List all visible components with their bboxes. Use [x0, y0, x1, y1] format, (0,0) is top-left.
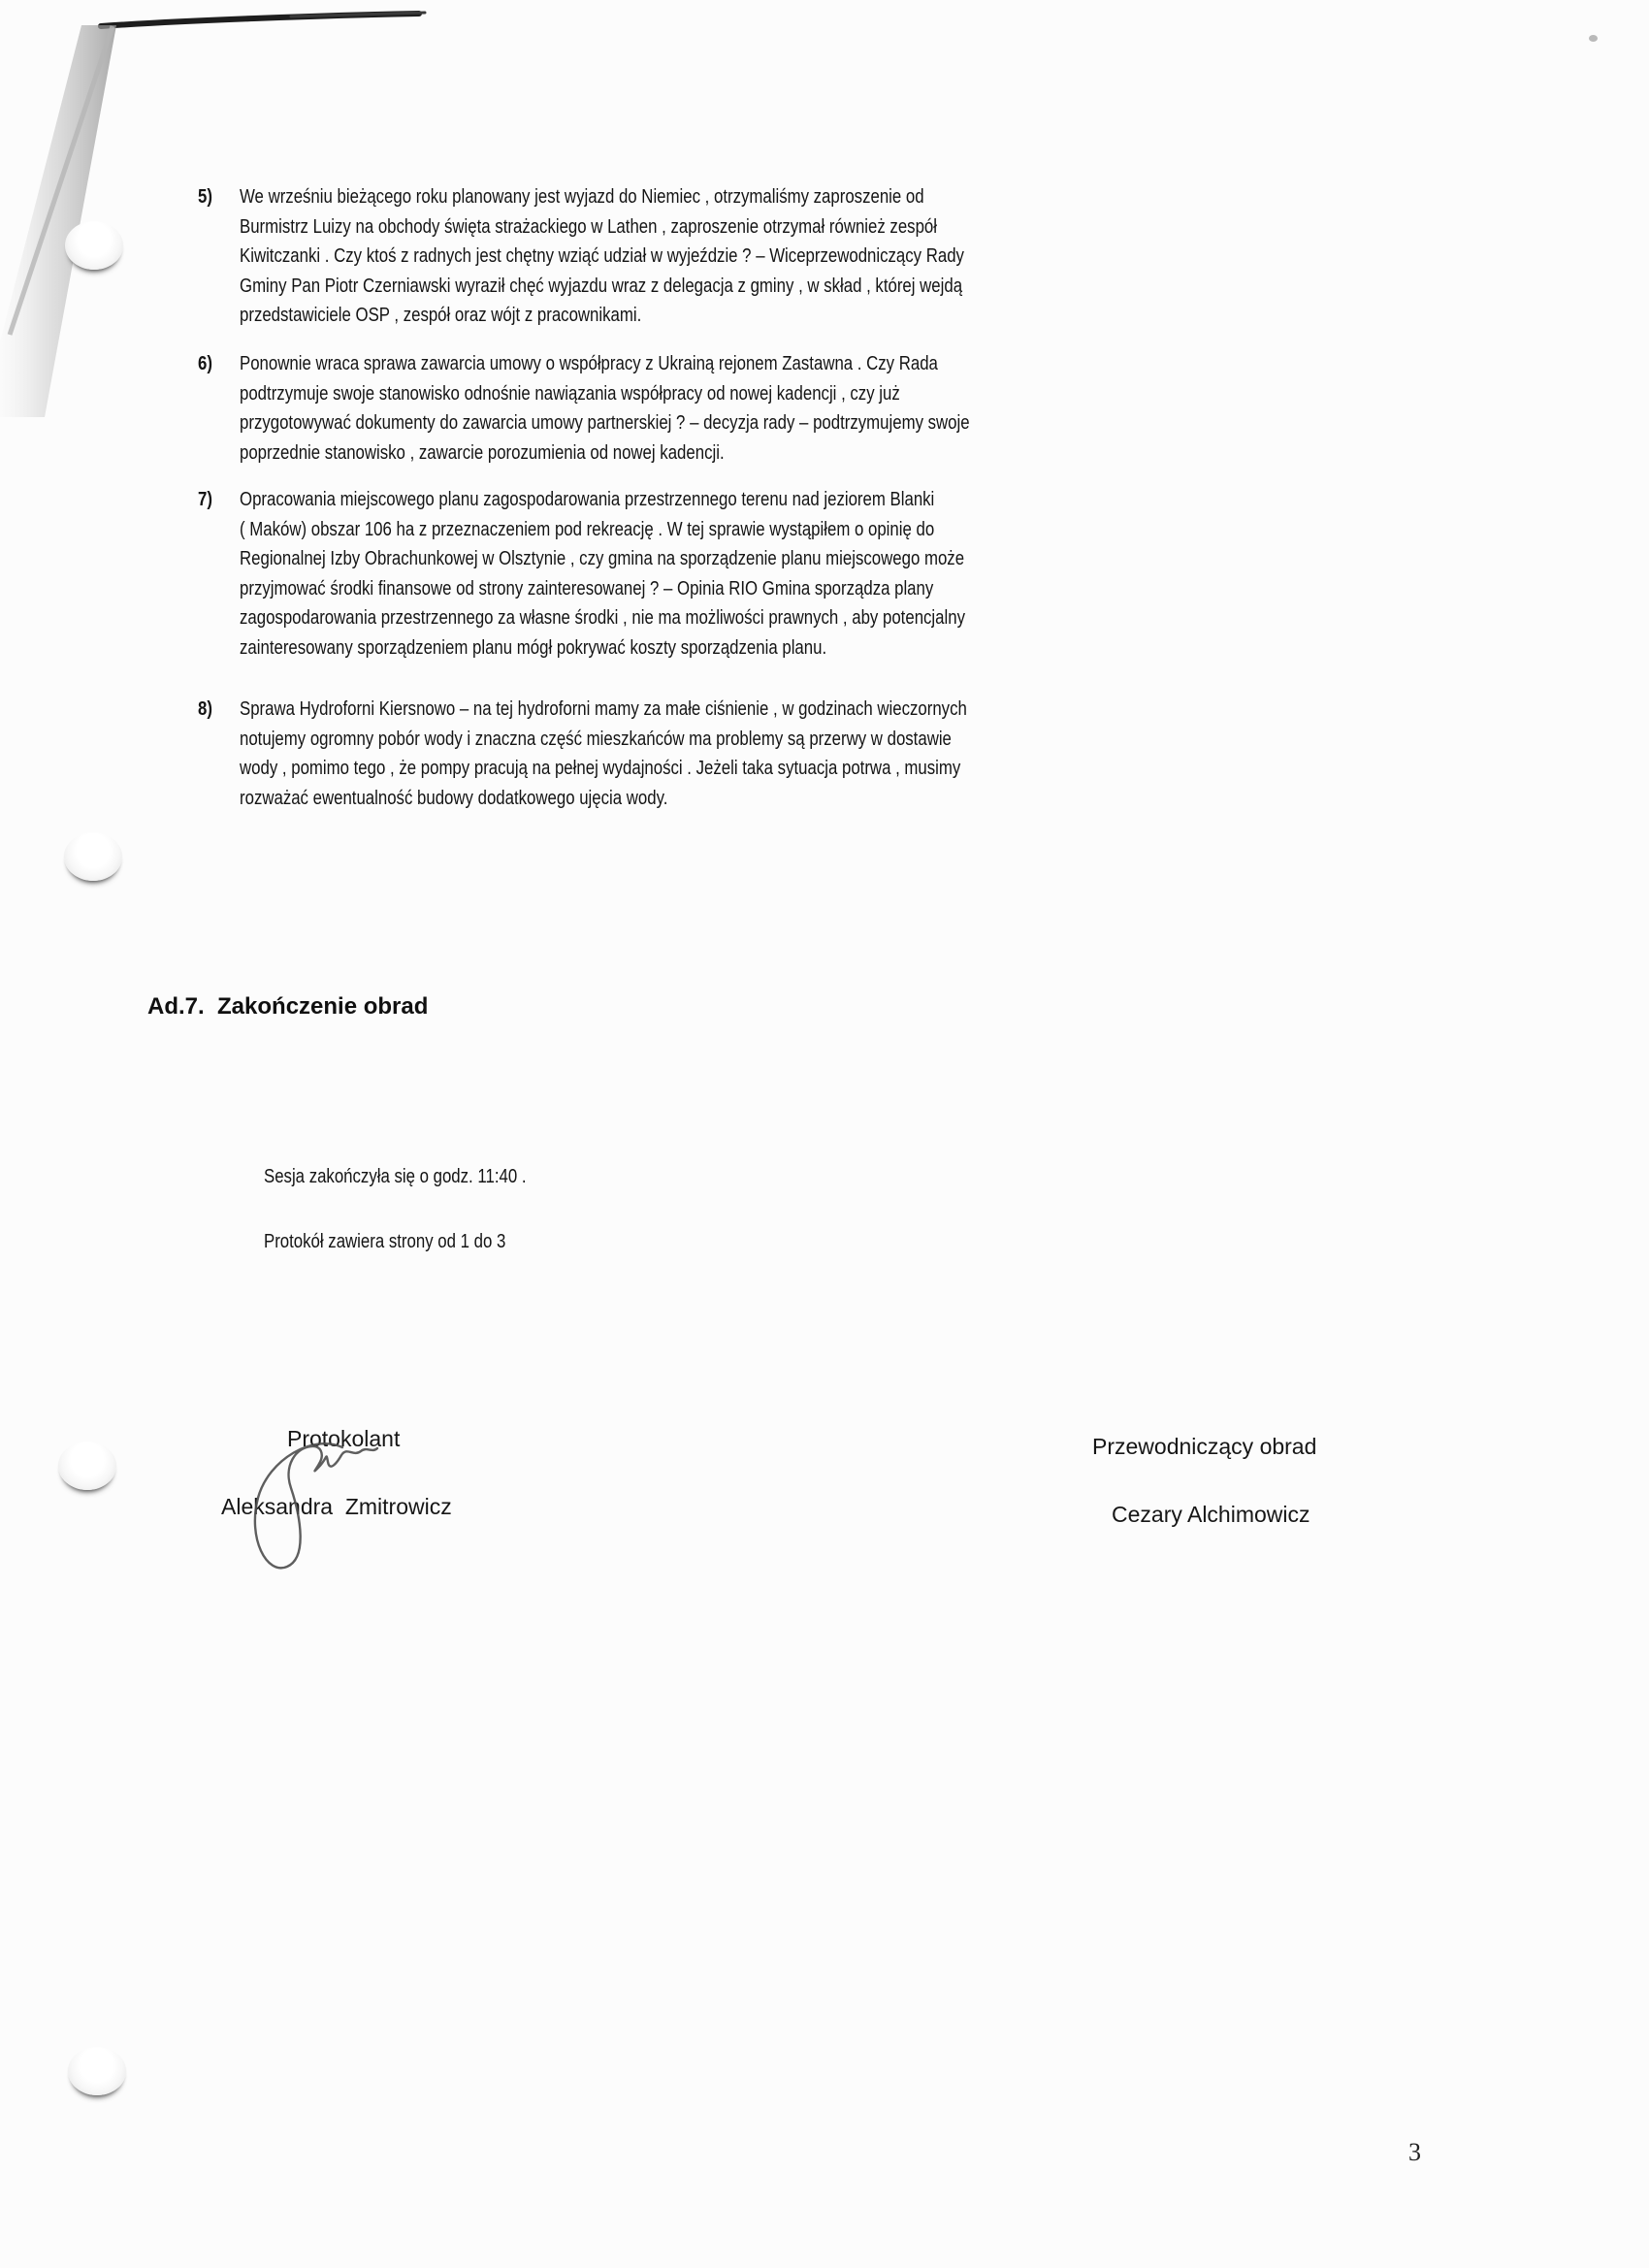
list-item-text: Sprawa Hydroforni Kiersnowo – na tej hyd… [240, 695, 967, 813]
list-item-text: Ponownie wraca sprawa zawarcia umowy o w… [240, 349, 970, 468]
list-item-number: 8) [198, 695, 212, 725]
scanned-document-page: 5) We wrześniu bieżącego roku planowany … [0, 0, 1649, 2268]
list-item-number: 5) [198, 182, 212, 212]
chairman-role-label: Przewodniczący obrad [1092, 1434, 1316, 1460]
list-item-number: 6) [198, 349, 212, 379]
scan-speck [1589, 35, 1598, 42]
binder-hole-shadow [68, 2047, 126, 2095]
binder-hole-shadow [64, 832, 122, 881]
binder-hole-shadow [58, 1442, 116, 1490]
list-item-text: Opracowania miejscowego planu zagospodar… [240, 485, 965, 663]
session-end-line: Sesja zakończyła się o godz. 11:40 . [264, 1162, 527, 1192]
pages-note-line: Protokół zawiera strony od 1 do 3 [264, 1227, 505, 1257]
list-item-number: 7) [198, 485, 212, 515]
list-item-text: We wrześniu bieżącego roku planowany jes… [240, 182, 964, 331]
chairman-name: Cezary Alchimowicz [1112, 1502, 1310, 1528]
section-heading: Ad.7. Zakończenie obrad [147, 993, 428, 1021]
signature-scribble [218, 1418, 441, 1588]
page-number: 3 [1408, 2138, 1421, 2167]
binder-hole-shadow [65, 221, 123, 270]
